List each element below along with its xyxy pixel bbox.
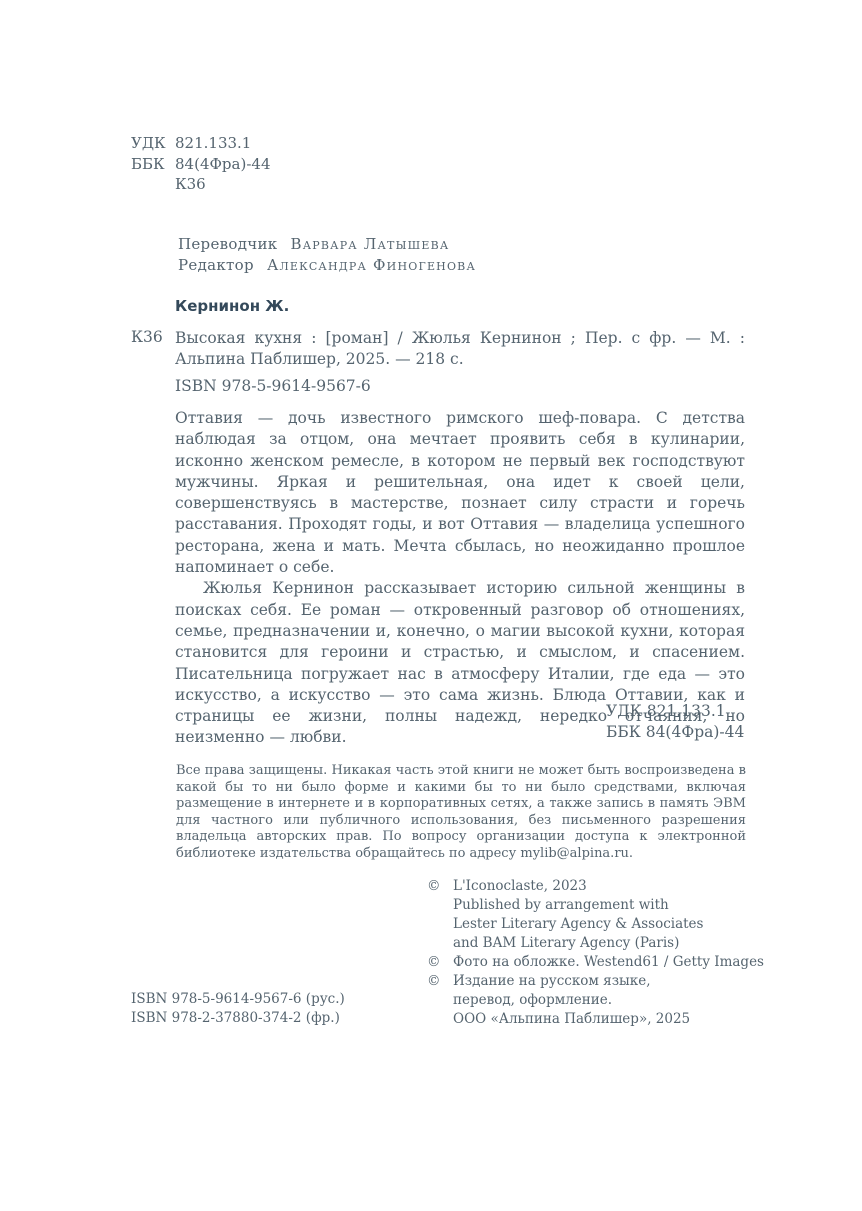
credit-role: Переводчик: [178, 235, 277, 253]
bib-mark: К36: [131, 328, 163, 346]
copyright-line: ООО «Альпина Паблишер», 2025: [453, 1010, 690, 1029]
udk-label: УДК: [131, 133, 175, 154]
copyright-icon: ©: [427, 972, 453, 1029]
author-mark: К36: [175, 174, 206, 195]
isbn-list: ISBN 978-5-9614-9567-6 (рус.) ISBN 978-2…: [131, 990, 345, 1028]
copyright-line: L'Iconoclaste, 2023: [453, 877, 703, 896]
bbk-value: 84(4Фра)-44: [175, 154, 271, 175]
footer-bbk: ББК 84(4Фра)-44: [606, 722, 744, 743]
credit-editor: Редактор Александра Финогенова: [178, 255, 476, 276]
credits: Переводчик Варвара Латышева Редактор Але…: [178, 234, 476, 276]
copyright-block: © L'Iconoclaste, 2023 Published by arran…: [427, 877, 764, 1029]
copyright-icon: ©: [427, 877, 453, 953]
copyright-entry: © Издание на русском языке, перевод, офо…: [427, 972, 764, 1029]
copyright-line: Published by arrangement with: [453, 896, 703, 915]
credit-translator: Переводчик Варвара Латышева: [178, 234, 476, 255]
isbn-ru: ISBN 978-5-9614-9567-6 (рус.): [131, 990, 345, 1009]
footer-codes: УДК 821.133.1 ББК 84(4Фра)-44: [606, 701, 744, 743]
udk-row: УДК 821.133.1: [131, 133, 271, 154]
annotation-paragraph: Оттавия — дочь известного римского шеф-п…: [175, 408, 745, 578]
classification-codes: УДК 821.133.1 ББК 84(4Фра)-44 К36: [131, 133, 271, 195]
bib-isbn: ISBN 978-5-9614-9567-6: [175, 377, 371, 395]
credit-role: Редактор: [178, 256, 254, 274]
copyright-entry: © L'Iconoclaste, 2023 Published by arran…: [427, 877, 764, 953]
copyright-line: Фото на обложке. Westend61 / Getty Image…: [453, 953, 764, 972]
credit-name: Александра Финогенова: [267, 256, 476, 274]
author-mark-row: К36: [131, 174, 271, 195]
credit-name: Варвара Латышева: [291, 235, 450, 253]
bbk-row: ББК 84(4Фра)-44: [131, 154, 271, 175]
copyright-line: and BAM Literary Agency (Paris): [453, 934, 703, 953]
copyright-line: Lester Literary Agency & Associates: [453, 915, 703, 934]
copyright-line: перевод, оформление.: [453, 991, 690, 1010]
bib-description: Высокая кухня : [роман] / Жюлья Кернинон…: [175, 328, 745, 370]
bbk-label: ББК: [131, 154, 175, 175]
copyright-icon: ©: [427, 953, 453, 972]
isbn-fr: ISBN 978-2-37880-374-2 (фр.): [131, 1009, 345, 1028]
footer-udk: УДК 821.133.1: [606, 701, 744, 722]
copyright-line: Издание на русском языке,: [453, 972, 690, 991]
copyright-entry: © Фото на обложке. Westend61 / Getty Ima…: [427, 953, 764, 972]
udk-value: 821.133.1: [175, 133, 251, 154]
annotation: Оттавия — дочь известного римского шеф-п…: [175, 408, 745, 749]
rights-notice: Все права защищены. Никакая часть этой к…: [176, 763, 746, 862]
author-heading: Кернинон Ж.: [175, 297, 289, 315]
